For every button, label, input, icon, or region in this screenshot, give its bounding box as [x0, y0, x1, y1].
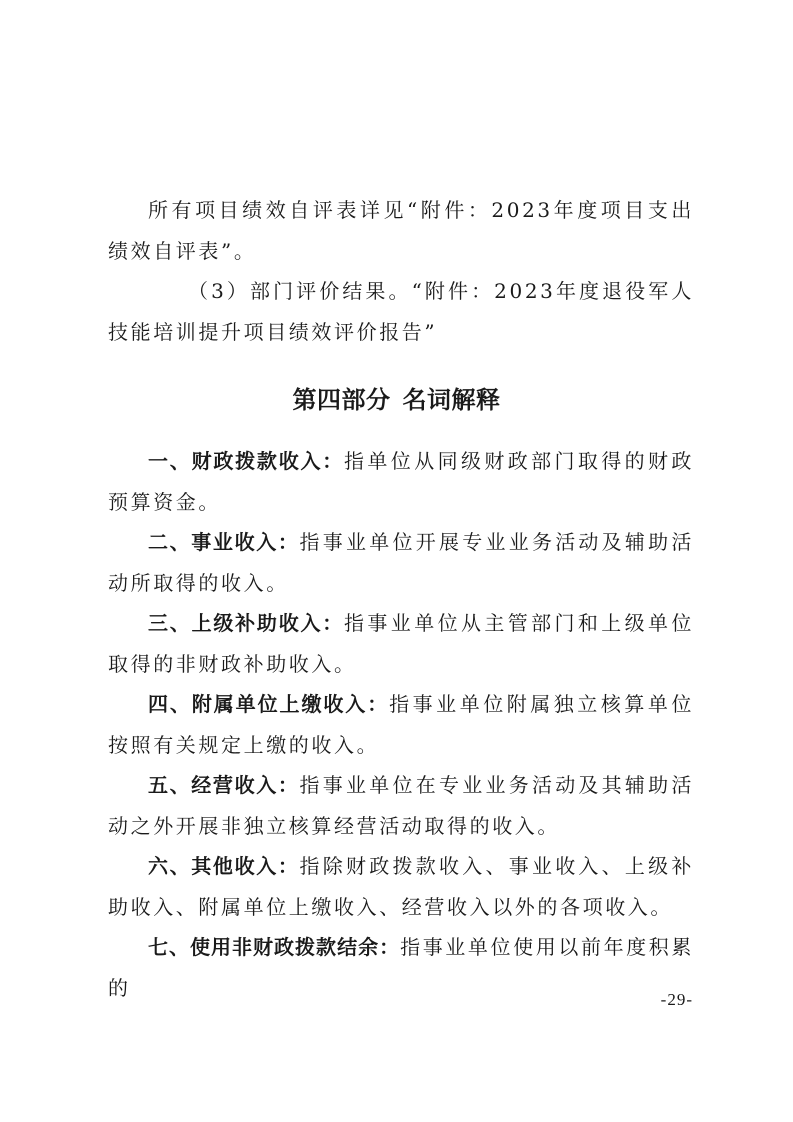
intro-block: 所有项目绩效自评表详见“附件：2023年度项目支出绩效自评表”。 （3）部门评价…: [108, 190, 694, 352]
definition-term: 三、上级补助收入：: [148, 611, 344, 635]
definition-item: 二、事业收入：指事业单位开展专业业务活动及辅助活动所取得的收入。: [108, 522, 694, 603]
definition-item: 五、经营收入：指事业单位在专业业务活动及其辅助活动之外开展非独立核算经营活动取得…: [108, 765, 694, 846]
definition-term: 七、使用非财政拨款结余：: [148, 935, 400, 959]
page-number: -29-: [661, 990, 693, 1010]
definition-item: 一、财政拨款收入：指单位从同级财政部门取得的财政预算资金。: [108, 441, 694, 522]
document-page: 所有项目绩效自评表详见“附件：2023年度项目支出绩效自评表”。 （3）部门评价…: [0, 0, 793, 1122]
definition-term: 五、经营收入：: [148, 773, 300, 797]
paragraph-self-evaluation-reference: 所有项目绩效自评表详见“附件：2023年度项目支出绩效自评表”。: [108, 190, 694, 271]
definition-term: 一、财政拨款收入：: [148, 449, 344, 473]
definition-item: 六、其他收入：指除财政拨款收入、事业收入、上级补助收入、附属单位上缴收入、经营收…: [108, 846, 694, 927]
definition-item: 四、附属单位上缴收入：指事业单位附属独立核算单位按照有关规定上缴的收入。: [108, 684, 694, 765]
definitions-list: 一、财政拨款收入：指单位从同级财政部门取得的财政预算资金。 二、事业收入：指事业…: [108, 441, 694, 1008]
definition-item: 七、使用非财政拨款结余：指事业单位使用以前年度积累的: [108, 927, 694, 1008]
paragraph-department-evaluation: （3）部门评价结果。“附件：2023年度退役军人技能培训提升项目绩效评价报告”: [108, 271, 694, 352]
definition-term: 四、附属单位上缴收入：: [148, 692, 389, 716]
section-heading: 第四部分名词解释: [0, 380, 793, 415]
section-title: 名词解释: [403, 385, 501, 414]
definition-term: 六、其他收入：: [148, 854, 300, 878]
section-part-label: 第四部分: [293, 385, 391, 414]
definition-term: 二、事业收入：: [148, 530, 300, 554]
definition-item: 三、上级补助收入：指事业单位从主管部门和上级单位取得的非财政补助收入。: [108, 603, 694, 684]
